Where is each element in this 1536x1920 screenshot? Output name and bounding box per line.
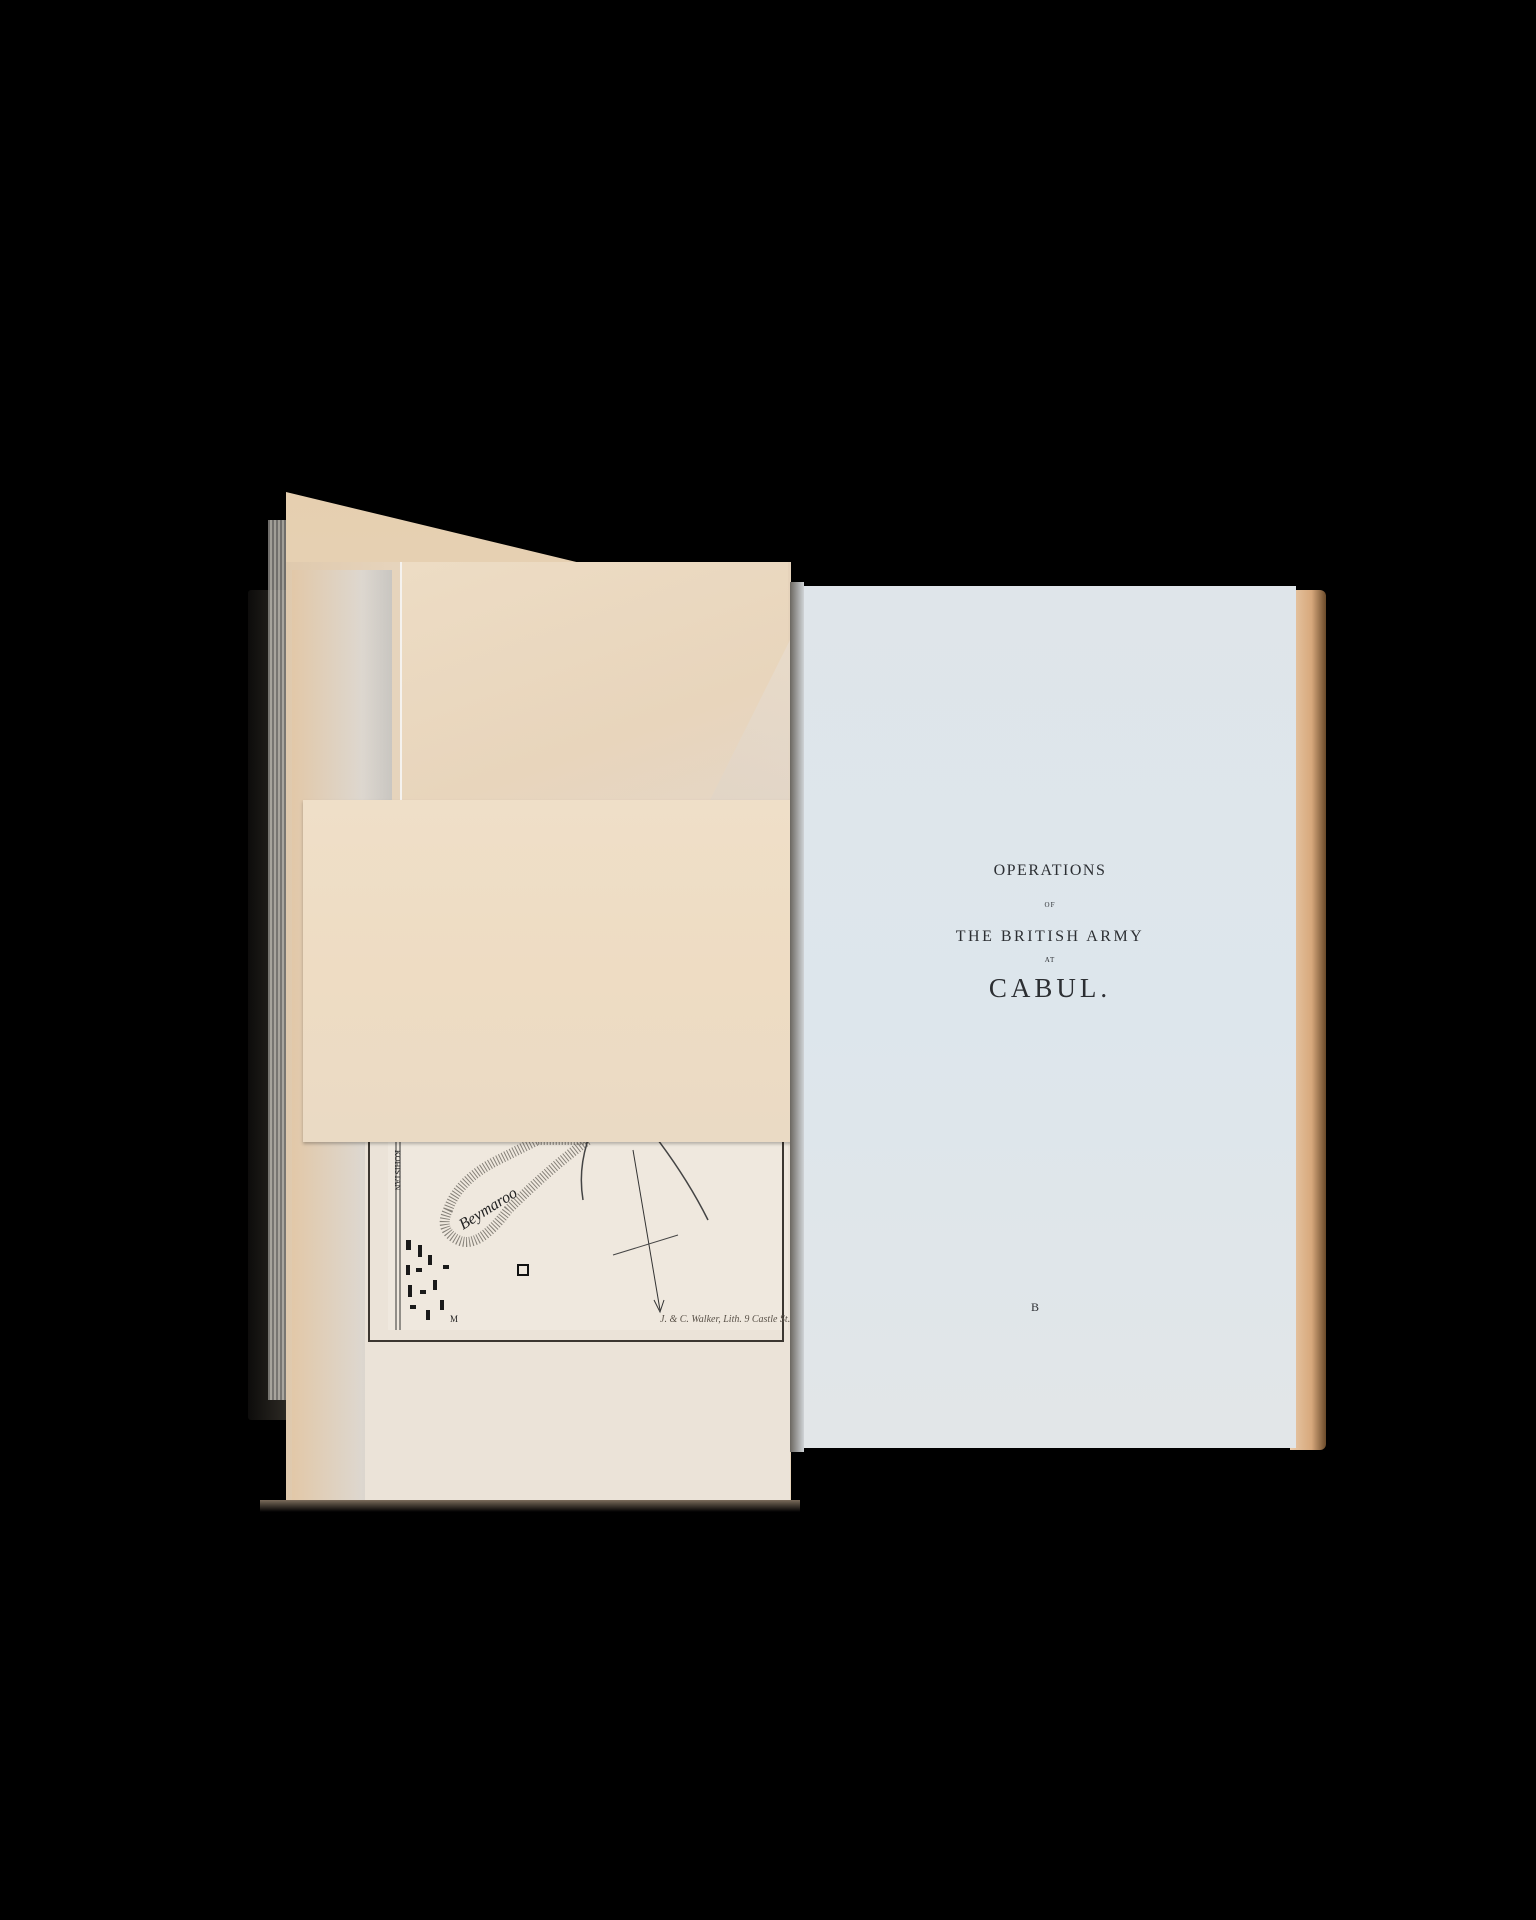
map-border — [368, 1140, 784, 1342]
title-line-of: OF — [900, 901, 1200, 909]
signature-mark: B — [1031, 1300, 1039, 1315]
map-retaining-band — [303, 800, 795, 1142]
bottom-shadow — [260, 1500, 800, 1512]
title-line-cabul: CABUL. — [900, 973, 1200, 1004]
title-line-at: AT — [900, 956, 1200, 964]
title-page — [796, 586, 1296, 1448]
title-line-army: THE BRITISH ARMY — [900, 928, 1200, 946]
book-gutter — [790, 582, 804, 1452]
title-line-operations: OPERATIONS — [900, 862, 1200, 880]
map-engraver-credit: J. & C. Walker, Lith. 9 Castle St. — [660, 1314, 790, 1325]
